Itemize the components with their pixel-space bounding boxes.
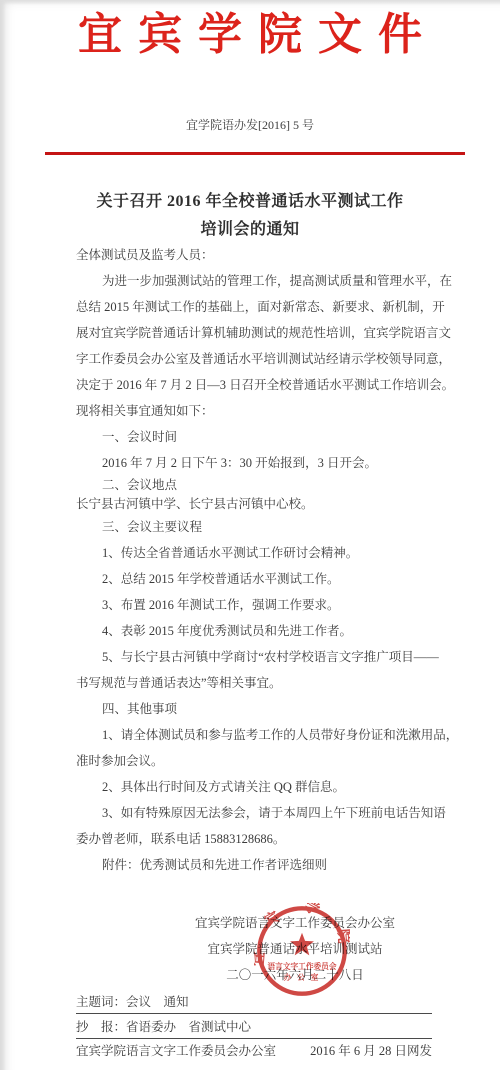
seal-star-icon: [290, 933, 314, 956]
body-line: 1、请全体测试员和参与监考工作的人员带好身份证和洗漱用品，: [76, 722, 436, 748]
body-line-text: 三、会议主要议程: [102, 520, 202, 534]
body-line-text: 长宁县古河镇中学、长宁县古河镇中心校。: [76, 497, 314, 511]
body-line: 书写规范与普通话表达”等相关事宜。: [76, 670, 436, 696]
body-line: 三、会议主要议程: [76, 514, 436, 540]
body-line-text: 2、具体出行时间及方式请关注 QQ 群信息。: [102, 780, 345, 794]
body-line: 4、表彰 2015 年度优秀测试员和先进工作者。: [76, 618, 436, 644]
body-line: 二、会议地点: [76, 476, 436, 495]
body-line-text: 为进一步加强测试站的管理工作，提高测试质量和管理水平，在: [102, 274, 452, 288]
body-line: 字工作委员会办公室及普通话水平培训测试站经请示学校领导同意，: [76, 346, 436, 372]
official-seal: 宜宾学院 语言文字工作委员会 办 公 室: [254, 903, 350, 999]
body-line: 附件：优秀测试员和先进工作者评选细则: [76, 852, 436, 878]
subject-keywords-row: 主题词：会议 通知: [76, 992, 432, 1014]
body-line: 2016 年 7 月 2 日下午 3：30 开始报到，3 日开会。: [76, 450, 436, 476]
body-line: 2、总结 2015 年学校普通话水平测试工作。: [76, 566, 436, 592]
notice-title-line1: 关于召开 2016 年全校普通话水平测试工作: [0, 188, 500, 216]
body-line-text: 5、与长宁县古河镇中学商讨“农村学校语言文字推广项目——: [102, 650, 439, 664]
body-line: 现将相关事宜通知如下：: [76, 398, 436, 424]
notice-title-line2: 培训会的通知: [0, 216, 500, 244]
body-line: 总结 2015 年测试工作的基础上，面对新常态、新要求、新机制，开: [76, 294, 436, 320]
body-line-text: 书写规范与普通话表达”等相关事宜。: [76, 676, 282, 690]
body-line-text: 决定于 2016 年 7 月 2 日—3 日召开全校普通话水平测试工作培训会。: [76, 378, 454, 392]
publish-issuer: 宜宾学院语言文字工作委员会办公室: [76, 1041, 276, 1061]
scan-edge-left: [0, 0, 6, 1070]
red-divider-rule: [45, 152, 465, 155]
body-line: 为进一步加强测试站的管理工作，提高测试质量和管理水平，在: [76, 268, 436, 294]
body-line: 3、布置 2016 年测试工作，强调工作要求。: [76, 592, 436, 618]
body-line: 四、其他事项: [76, 696, 436, 722]
seal-inner-line1: 语言文字工作委员会: [267, 961, 336, 971]
body-line: 准时参加会议。: [76, 748, 436, 774]
body-line-text: 二、会议地点: [102, 478, 177, 492]
body-line-text: 展对宜宾学院普通话计算机辅助测试的规范性培训，宜宾学院语言文: [76, 326, 451, 340]
seal-graphic: 宜宾学院 语言文字工作委员会 办 公 室: [254, 903, 350, 999]
body-line-text: 委办曾老师，联系电话 15883128686。: [76, 832, 285, 846]
body-line-text: 2、总结 2015 年学校普通话水平测试工作。: [102, 572, 340, 586]
notice-title: 关于召开 2016 年全校普通话水平测试工作 培训会的通知: [0, 188, 500, 244]
body-line-text: 1、传达全省普通话水平测试工作研讨会精神。: [102, 546, 358, 560]
body-line: 2、具体出行时间及方式请关注 QQ 群信息。: [76, 774, 436, 800]
body-line-text: 全体测试员及监考人员：: [76, 248, 214, 262]
body-line-text: 总结 2015 年测试工作的基础上，面对新常态、新要求、新机制，开: [76, 300, 445, 314]
body-line: 5、与长宁县古河镇中学商讨“农村学校语言文字推广项目——: [76, 644, 436, 670]
body-line-text: 3、如有特殊原因无法参会，请于本周四上午下班前电话告知语: [102, 806, 446, 820]
body-line-text: 2016 年 7 月 2 日下午 3：30 开始报到，3 日开会。: [102, 456, 377, 470]
body-line-text: 4、表彰 2015 年度优秀测试员和先进工作者。: [102, 624, 352, 638]
body-line-text: 附件：优秀测试员和先进工作者评选细则: [102, 858, 327, 872]
body-line: 1、传达全省普通话水平测试工作研讨会精神。: [76, 540, 436, 566]
body-line: 决定于 2016 年 7 月 2 日—3 日召开全校普通话水平测试工作培训会。: [76, 372, 436, 398]
body-line: 委办曾老师，联系电话 15883128686。: [76, 826, 436, 852]
body-line-text: 现将相关事宜通知如下：: [76, 404, 214, 418]
masthead-title: 宜宾学院文件: [0, 8, 500, 62]
body-line-text: 1、请全体测试员和参与监考工作的人员带好身份证和洗漱用品，: [102, 728, 458, 742]
scan-edge-top: [0, 0, 500, 5]
body-line: 一、会议时间: [76, 424, 436, 450]
body-line: 3、如有特殊原因无法参会，请于本周四上午下班前电话告知语: [76, 800, 436, 826]
document-page: 宜宾学院文件 宜学院语办发[2016] 5 号 关于召开 2016 年全校普通话…: [0, 0, 500, 1070]
body-line-text: 一、会议时间: [102, 430, 177, 444]
body-line: 展对宜宾学院普通话计算机辅助测试的规范性培训，宜宾学院语言文: [76, 320, 436, 346]
cc-row: 抄 报：省语委办 省测试中心: [76, 1017, 432, 1039]
body-line-text: 字工作委员会办公室及普通话水平培训测试站经请示学校领导同意，: [76, 352, 451, 366]
document-body: 全体测试员及监考人员： 为进一步加强测试站的管理工作，提高测试质量和管理水平，在…: [76, 242, 436, 878]
body-line: 全体测试员及监考人员：: [76, 242, 436, 268]
body-line: 长宁县古河镇中学、长宁县古河镇中心校。: [76, 495, 436, 514]
body-line-text: 准时参加会议。: [76, 754, 164, 768]
publish-date: 2016 年 6 月 28 日网发: [310, 1041, 432, 1061]
body-line-text: 3、布置 2016 年测试工作，强调工作要求。: [102, 598, 340, 612]
document-number: 宜学院语办发[2016] 5 号: [0, 116, 500, 134]
seal-inner-line2: 办 公 室: [284, 972, 320, 982]
publish-row: 宜宾学院语言文字工作委员会办公室 2016 年 6 月 28 日网发: [76, 1041, 432, 1061]
body-line-text: 四、其他事项: [102, 702, 177, 716]
